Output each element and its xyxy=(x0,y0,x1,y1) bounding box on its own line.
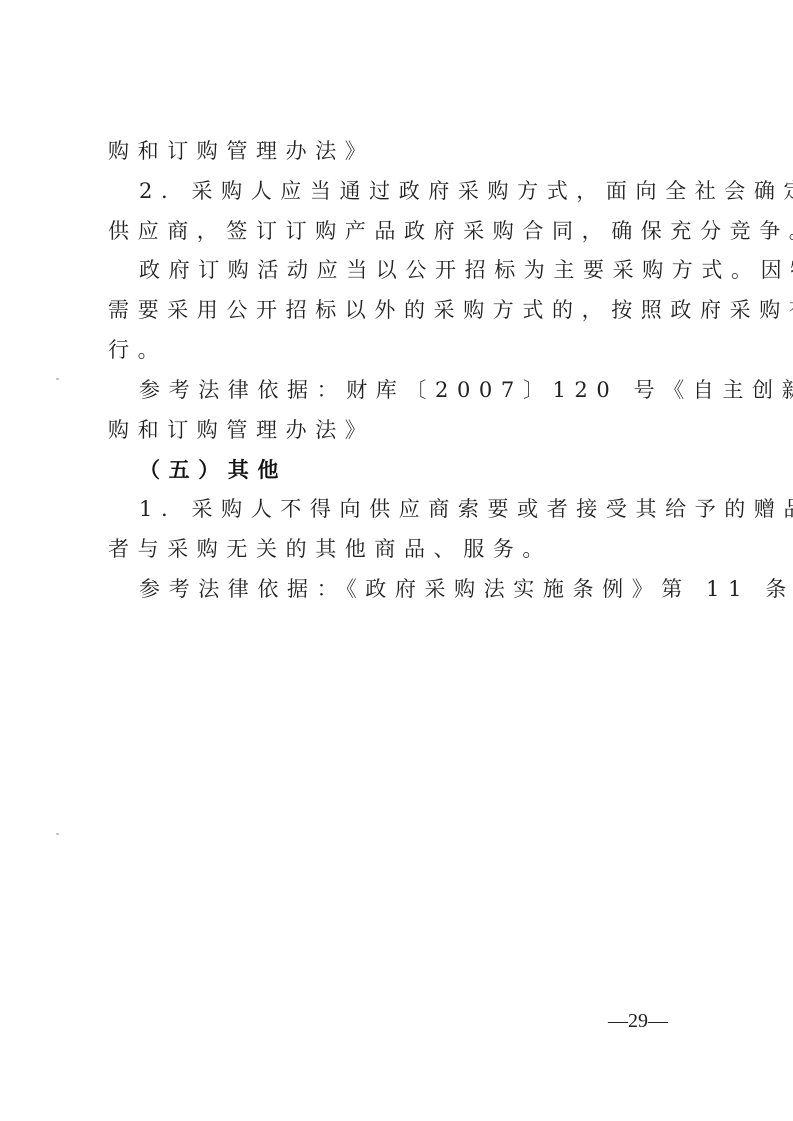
text-line: 参考法律依据：财库〔2007〕120 号《自主创新产品政府首 xyxy=(108,371,718,411)
scan-speck xyxy=(56,833,59,835)
page-number: —29— xyxy=(608,1010,668,1033)
document-body: 购和订购管理办法》 2. 采购人应当通过政府采购方式，面向全社会确定订购产品 供… xyxy=(108,132,718,610)
document-page: 购和订购管理办法》 2. 采购人应当通过政府采购方式，面向全社会确定订购产品 供… xyxy=(0,0,793,1121)
text-line: 1. 采购人不得向供应商索要或者接受其给予的赠品、回扣或 xyxy=(108,490,718,530)
text-line: 供应商，签订订购产品政府采购合同，确保充分竞争。 xyxy=(108,212,718,252)
text-line: 行。 xyxy=(108,331,718,371)
text-line: 政府订购活动应当以公开招标为主要采购方式。因特殊情况 xyxy=(108,251,718,291)
text-line: 参考法律依据：《政府采购法实施条例》第 11 条 xyxy=(108,570,718,610)
text-line: 2. 采购人应当通过政府采购方式，面向全社会确定订购产品 xyxy=(108,172,718,212)
text-line: 购和订购管理办法》 xyxy=(108,411,718,451)
text-line: 购和订购管理办法》 xyxy=(108,132,718,172)
section-heading: （五）其他 xyxy=(108,450,718,490)
scan-speck xyxy=(56,378,59,380)
text-line: 者与采购无关的其他商品、服务。 xyxy=(108,530,718,570)
text-line: 需要采用公开招标以外的采购方式的，按照政府采购有关规定执 xyxy=(108,291,718,331)
